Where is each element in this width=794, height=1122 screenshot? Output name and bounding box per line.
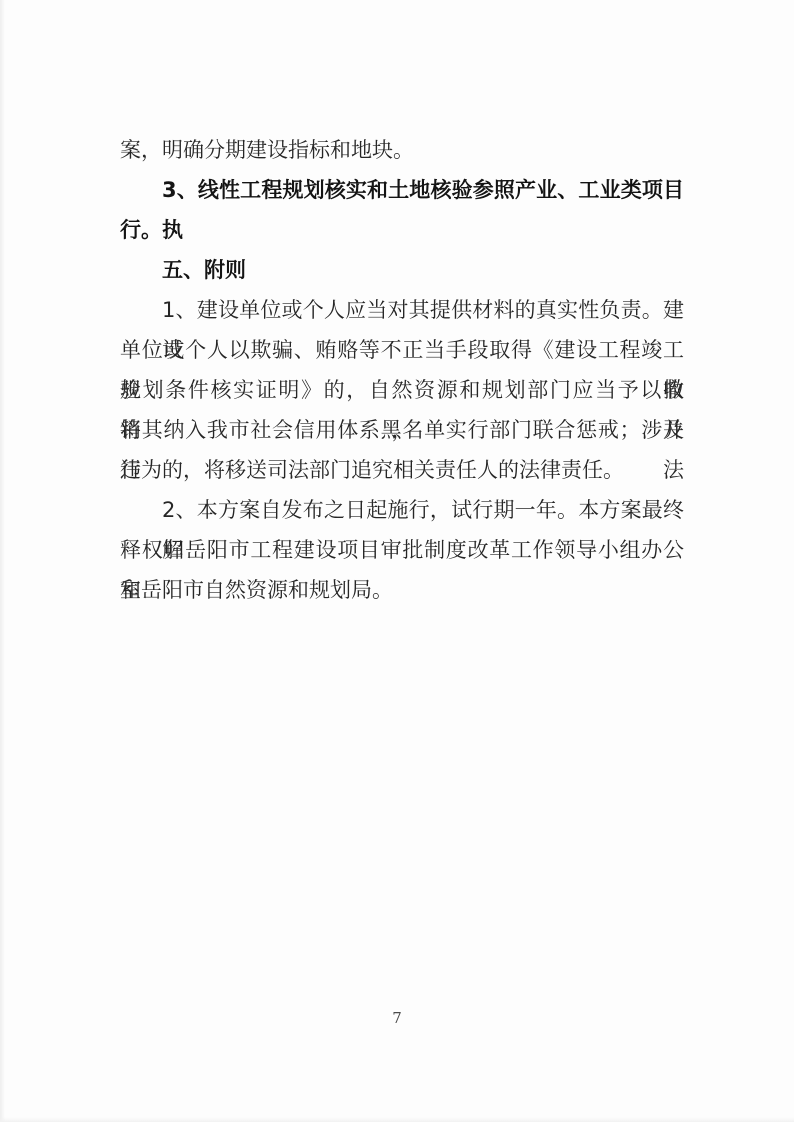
text-line-continuation: 案，明确分期建设指标和地块。 <box>120 130 684 170</box>
text-line-item-3-heading-wrap: 行。 <box>120 210 684 250</box>
text-line-clause-2: 2、本方案自发布之日起施行，试行期一年。本方案最终解 <box>120 490 684 530</box>
section-heading-supplementary-provisions: 五、附则 <box>120 250 684 290</box>
text-line-clause-1: 1、建设单位或个人应当对其提供材料的真实性负责。建设 <box>120 290 684 330</box>
text-line-clause-1-wrap-2: 规划条件核实证明》的，自然资源和规划部门应当予以撤销，并 <box>120 370 684 410</box>
text-line-clause-1-wrap-4: 行为的，将移送司法部门追究相关责任人的法律责任。 <box>120 450 684 490</box>
document-page: 案，明确分期建设指标和地块。 3、线性工程规划核实和土地核验参照产业、工业类项目… <box>0 0 794 1122</box>
page-edge-shadow-bottom <box>0 1117 794 1122</box>
document-body: 案，明确分期建设指标和地块。 3、线性工程规划核实和土地核验参照产业、工业类项目… <box>120 130 684 610</box>
text-line-clause-1-wrap-1: 单位或个人以欺骗、贿赂等不正当手段取得《建设工程竣工验收 <box>120 330 684 370</box>
page-edge-shadow-left <box>0 0 5 1122</box>
page-number: 7 <box>0 1008 794 1028</box>
text-line-clause-1-wrap-3: 将其纳入我市社会信用体系黑名单实行部门联合惩戒；涉及违法 <box>120 410 684 450</box>
text-line-clause-2-wrap-2: 和岳阳市自然资源和规划局。 <box>120 570 684 610</box>
text-line-clause-2-wrap-1: 释权归岳阳市工程建设项目审批制度改革工作领导小组办公室 <box>120 530 684 570</box>
text-line-item-3-heading: 3、线性工程规划核实和土地核验参照产业、工业类项目执 <box>120 170 684 210</box>
